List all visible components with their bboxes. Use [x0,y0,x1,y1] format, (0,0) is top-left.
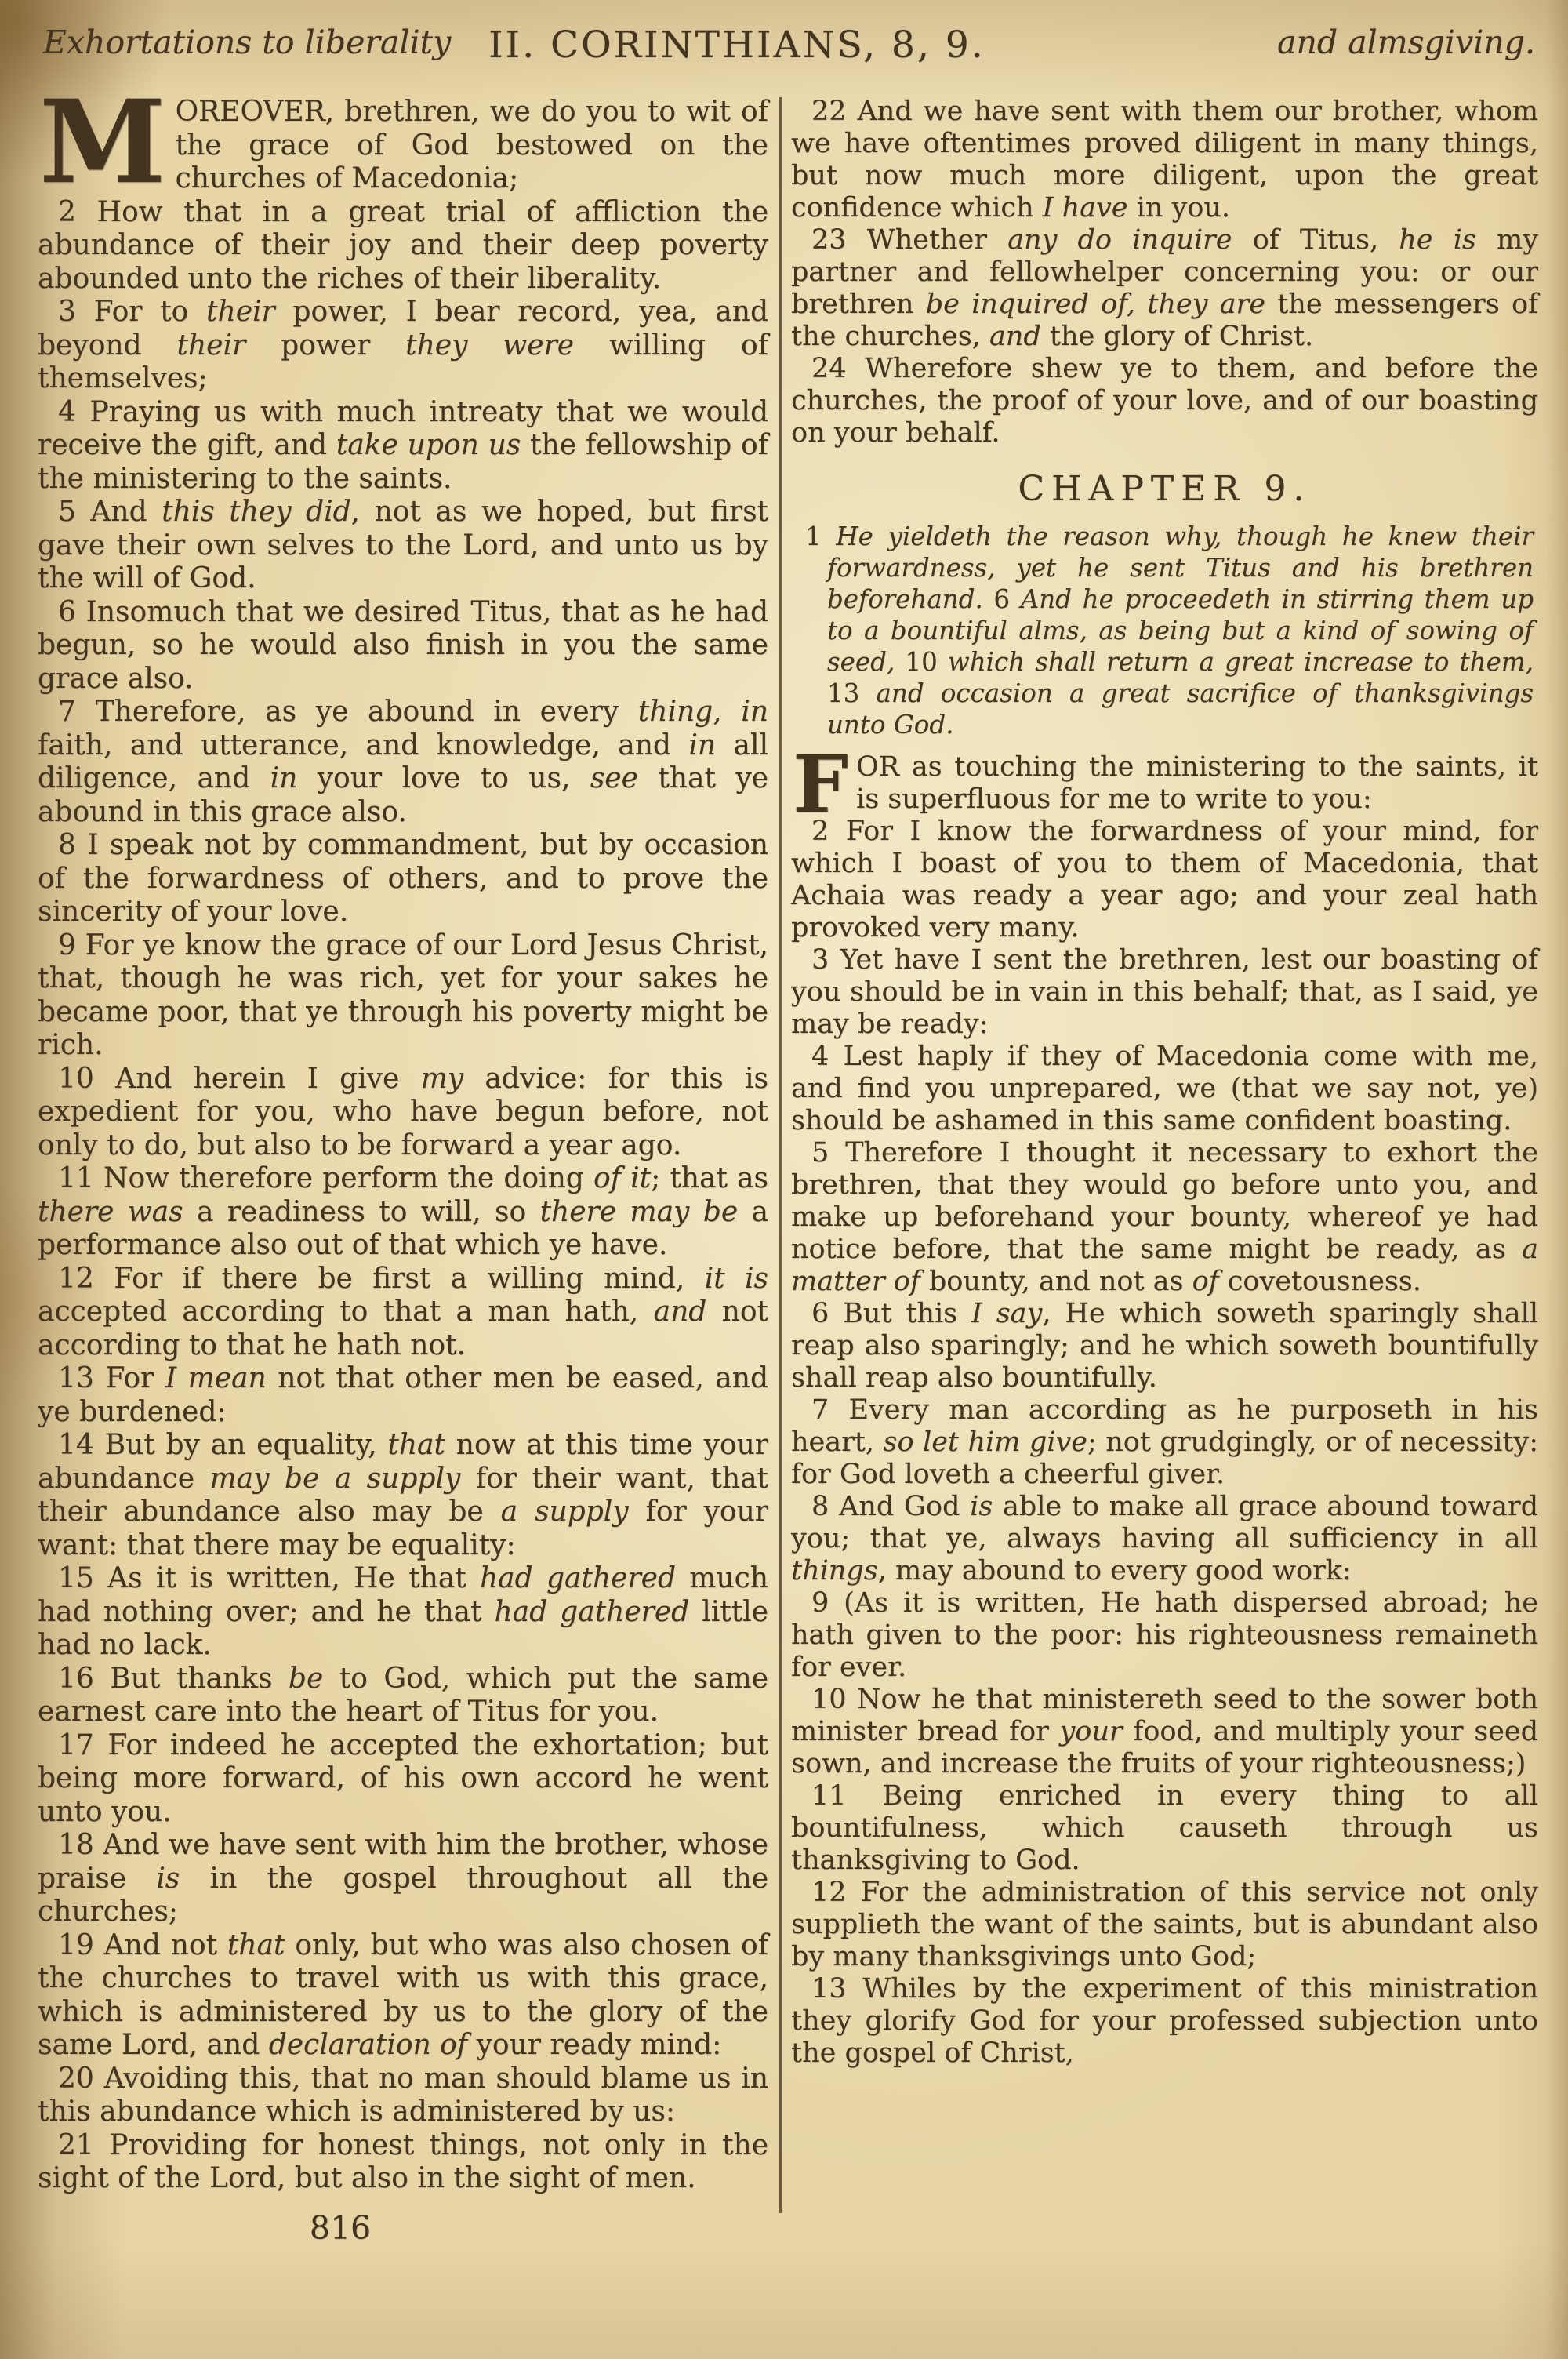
emphasized-text: be [289,1663,323,1695]
verse-paragraph: 16 But thanks be to God, which put the s… [38,1663,768,1729]
verse-paragraph: MOREOVER, brethren, we do you to wit of … [38,96,768,196]
emphasized-text: see [590,762,638,794]
verse-paragraph: 6 But this I say, He which soweth sparin… [791,1298,1538,1394]
drop-cap: M [38,96,176,185]
verse-number: 14 [58,1429,94,1461]
emphasized-text: in [270,762,298,794]
verse-number: 8 [58,829,76,861]
plain-text: a readiness to will, so [183,1196,540,1228]
emphasized-text: so let him give [884,1427,1087,1458]
plain-text: covetousness. [1219,1266,1421,1297]
verse-number: 20 [58,2063,94,2095]
plain-text: But by an equality, [105,1429,388,1461]
emphasized-text: in [741,696,768,728]
plain-text: How that in a great trial of affliction … [38,196,768,295]
verse-paragraph: 8 And God is able to make all grace abou… [791,1491,1538,1587]
verse-paragraph: 17 For indeed he accepted the exhortatio… [38,1729,768,1830]
verse-paragraph: 12 For the administration of this servic… [791,1877,1538,1973]
emphasized-text: had gathered [494,1596,689,1628]
plain-text: But thanks [110,1663,289,1695]
verse-paragraph: 3 Yet have I sent the brethren, lest our… [791,944,1538,1041]
verse-paragraph: 2 How that in a great trial of afflictio… [38,196,768,296]
plain-text: Therefore I thought it necessary to exho… [791,1137,1538,1265]
emphasized-text: he is [1399,224,1476,256]
verse-number: 3 [811,944,829,976]
verse-paragraph: 7 Therefore, as ye abound in every thing… [38,696,768,829]
verse-number: 3 [58,296,76,328]
verse-number: 9 [58,929,76,961]
verse-paragraph: 14 But by an equality, that now at this … [38,1429,768,1562]
emphasized-text: their [206,296,275,328]
verse-paragraph: 21 Providing for honest things, not only… [38,2129,768,2196]
chapter-8-verses-left: MOREOVER, brethren, we do you to wit of … [38,96,768,2196]
emphasized-text: 6 [993,584,1010,614]
verse-number: 12 [811,1877,847,1908]
drop-cap-lead: OR [856,751,899,783]
verse-paragraph: 13 For I mean not that other men be ease… [38,1362,768,1429]
plain-text: your love to us, [297,762,590,794]
plain-text: Now therefore perform the doing [103,1162,593,1194]
plain-text: Therefore, as ye abound in every [96,696,638,728]
verse-paragraph: FOR as touching the ministering to the s… [791,751,1538,816]
drop-cap: F [791,751,856,812]
emphasized-text: that [387,1429,445,1461]
emphasized-text: I say [971,1298,1042,1329]
verse-paragraph: 11 Now therefore perform the doing of it… [38,1162,768,1263]
emphasized-text: had gathered [480,1562,676,1594]
plain-text: of Titus, [1232,224,1399,256]
verse-paragraph: 24 Wherefore shew ye to them, and before… [791,353,1538,449]
plain-text: Avoiding this, that no man should blame … [38,2063,768,2128]
emphasized-text: I have [1043,192,1128,224]
emphasized-text: may be a supply [210,1463,461,1495]
plain-text: the glory of Christ. [1041,321,1313,352]
plain-text: And not [104,1929,227,1961]
verse-number: 13 [58,1362,94,1394]
verse-paragraph: 2 For I know the forwardness of your min… [791,816,1538,944]
chapter-9-summary: 1 He yieldeth the reason why, though he … [791,521,1534,740]
plain-text: And herein I give [115,1063,420,1095]
verse-paragraph: 6 Insomuch that we desired Titus, that a… [38,596,768,696]
emphasized-text: there was [38,1196,183,1228]
plain-text: Being enriched in every thing to all bou… [791,1780,1538,1876]
verse-paragraph: 5 Therefore I thought it necessary to ex… [791,1137,1538,1298]
verse-number: 11 [58,1162,94,1194]
verse-paragraph: 13 Whiles by the experiment of this mini… [791,1973,1538,2070]
verse-number: 4 [58,396,76,428]
scanned-bible-page: Exhortations to liberality II. CORINTHIA… [0,0,1568,2359]
emphasized-text: my [421,1063,463,1095]
plain-text: Yet have I sent the brethren, lest our b… [791,944,1538,1040]
right-column: 22 And we have sent with them our brothe… [791,96,1538,2245]
plain-text: faith, and utterance, and knowledge, and [38,729,688,761]
emphasized-text: declaration of [269,2029,467,2061]
verse-number: 6 [811,1298,829,1329]
plain-text: (As it is written, He hath dispersed abr… [791,1587,1538,1683]
plain-text: your ready mind: [467,2029,721,2061]
emphasized-text: they were [405,329,574,362]
emphasized-text: take upon us [336,429,521,461]
verse-paragraph: 19 And not that only, but who was also c… [38,1929,768,2063]
plain-text: And God [839,1491,970,1522]
verse-number: 22 [811,96,847,127]
plain-text: and occasion a great sacrifice of thanks… [827,678,1534,740]
verse-paragraph: 11 Being enriched in every thing to all … [791,1780,1538,1877]
emphasized-text: and [989,321,1041,352]
plain-text: as touching the ministering to the saint… [856,751,1538,815]
left-column: MOREOVER, brethren, we do you to wit of … [38,96,768,2245]
plain-text: Lest haply if they of Macedonia come wit… [791,1041,1538,1136]
plain-text: power [245,329,405,362]
right-running-title: and almsgiving. [1277,24,1535,61]
emphasized-text: is [970,1491,993,1522]
verse-number: 17 [58,1729,94,1761]
verse-paragraph: 8 I speak not by commandment, but by occ… [38,829,768,929]
verse-number: 10 [58,1063,94,1095]
plain-text: Whiles by the experiment of this ministr… [791,1973,1538,2069]
plain-text: Whether [867,224,1007,256]
drop-cap-lead: OREOVER, [176,96,335,128]
verse-number: 6 [58,596,76,628]
emphasized-text: your [1060,1716,1123,1747]
verse-paragraph: 22 And we have sent with them our brothe… [791,96,1538,224]
emphasized-text: this they did [162,496,351,528]
verse-paragraph: 3 For to their power, I bear record, yea… [38,296,768,396]
text-columns: MOREOVER, brethren, we do you to wit of … [38,96,1538,2245]
emphasized-text: that [227,1929,285,1961]
verse-paragraph: 10 Now he that ministereth seed to the s… [791,1684,1538,1780]
chapter-9-heading: CHAPTER 9. [791,473,1538,505]
page-number: 816 [38,2212,768,2245]
plain-text: bounty, and not as [920,1266,1192,1297]
verse-paragraph: 9 (As it is written, He hath dispersed a… [791,1587,1538,1684]
verse-number: 8 [811,1491,829,1522]
verse-number: 16 [58,1663,94,1695]
plain-text: As it is written, He that [107,1562,480,1594]
verse-number: 12 [58,1263,94,1295]
verse-number: 9 [811,1587,829,1619]
verse-number: 10 [811,1684,847,1715]
verse-number: 11 [811,1780,847,1812]
emphasized-text: is [156,1863,180,1895]
verse-number: 21 [58,2129,94,2161]
verse-number: 15 [58,1562,94,1594]
plain-text: But this [843,1298,971,1329]
emphasized-text: 1 [805,522,822,551]
emphasized-text: of it [593,1162,651,1194]
verse-paragraph: 12 For if there be first a willing mind,… [38,1263,768,1363]
plain-text: For ye know the grace of our Lord Jesus … [38,929,768,1062]
plain-text: I speak not by commandment, but by occas… [38,829,768,928]
verse-number: 5 [58,496,76,528]
verse-number: 7 [58,696,76,728]
verse-number: 7 [811,1394,829,1426]
emphasized-text: 13 [827,678,859,708]
emphasized-text: of [1192,1266,1219,1297]
plain-text: ; that as [651,1162,768,1194]
verse-paragraph: 4 Praying us with much intreaty that we … [38,396,768,496]
plain-text: , [713,696,741,728]
column-divider-rule [779,97,782,2213]
chapter-8-verses-right: 22 And we have sent with them our brothe… [791,96,1538,449]
verse-number: 24 [811,353,847,384]
plain-text: Providing for honest things, not only in… [38,2129,768,2195]
plain-text: accepted according to that a man hath, [38,1296,654,1328]
verse-paragraph: 23 Whether any do inquire of Titus, he i… [791,224,1538,353]
plain-text: For indeed he accepted the exhortation; … [38,1729,768,1828]
emphasized-text: a supply [501,1496,629,1528]
verse-paragraph: 7 Every man according as he purposeth in… [791,1394,1538,1491]
left-running-title: Exhortations to liberality [43,24,451,61]
plain-text: For if there be first a willing mind, [114,1263,704,1295]
plain-text: For I know the forwardness of your mind,… [791,816,1538,943]
verse-number: 18 [58,1829,94,1861]
emphasized-text: there may be [540,1196,739,1228]
emphasized-text: I mean [165,1362,267,1394]
verse-paragraph: 10 And herein I give my advice: for this… [38,1063,768,1163]
emphasized-text: thing [638,696,713,728]
plain-text: Insomuch that we desired Titus, that as … [38,596,768,695]
verse-paragraph: 5 And this they did, not as we hoped, bu… [38,496,768,596]
verse-number: 23 [811,224,847,256]
verse-number: 4 [811,1041,829,1072]
verse-number: 19 [58,1929,94,1961]
verse-number: 2 [58,196,76,228]
verse-paragraph: 20 Avoiding this, that no man should bla… [38,2063,768,2129]
emphasized-text: be inquired of, they are [926,289,1265,320]
verse-number: 2 [811,816,829,847]
book-chapter-title: II. CORINTHIANS, 8, 9. [488,24,985,67]
page-header: Exhortations to liberality II. CORINTHIA… [43,24,1535,78]
plain-text: Wherefore shew ye to them, and before th… [791,353,1538,449]
emphasized-text: things [791,1555,878,1587]
emphasized-text: their [177,329,246,362]
verse-number: 13 [811,1973,847,2005]
chapter-9-verses: FOR as touching the ministering to the s… [791,751,1538,2070]
emphasized-text: and [654,1296,707,1328]
plain-text: For the administration of this service n… [791,1877,1538,1972]
plain-text: in you. [1127,192,1230,224]
emphasized-text: in [688,729,716,761]
emphasized-text: 10 [905,647,937,677]
plain-text: , may abound to every good work: [878,1555,1352,1587]
plain-text: And [90,496,162,528]
verse-paragraph: 4 Lest haply if they of Macedonia come w… [791,1041,1538,1137]
verse-paragraph: 15 As it is written, He that had gathere… [38,1562,768,1663]
plain-text: For [105,1362,165,1394]
plain-text: For to [94,296,206,328]
verse-paragraph: 9 For ye know the grace of our Lord Jesu… [38,929,768,1063]
verse-number: 5 [811,1137,829,1169]
verse-paragraph: 18 And we have sent with him the brother… [38,1829,768,1929]
emphasized-text: it is [705,1263,768,1295]
plain-text: which shall return a great increase to t… [938,647,1534,677]
emphasized-text: any do inquire [1007,224,1232,256]
